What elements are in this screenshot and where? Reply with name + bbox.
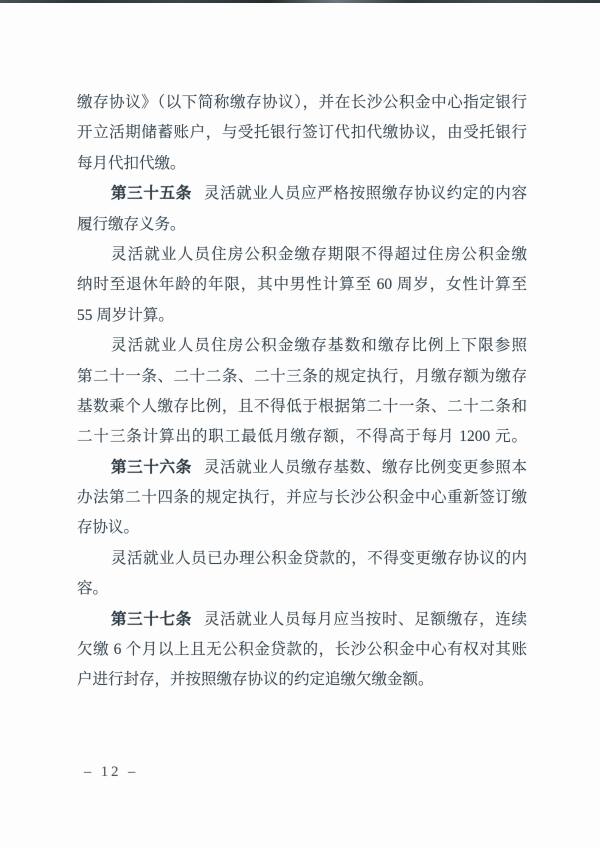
text-line: 基数乘个人缴存比例，且不得低于根据第二十一条、二十二条和	[77, 392, 527, 422]
document-body: 缴存协议》（以下简称缴存协议），并在长沙公积金中心指定银行开立活期储蓄账户，与受…	[77, 88, 527, 696]
line-text: 灵活就业人员应严格按照缴存协议约定的内容	[204, 185, 527, 202]
line-text: 户进行封存，并按照缴存协议的约定追缴欠缴金额。	[77, 671, 434, 688]
line-text: 容。	[77, 580, 108, 597]
scan-edge-artifact	[0, 0, 600, 3]
line-text: 履行缴存义务。	[77, 216, 186, 233]
line-text: 55 周岁计算。	[77, 307, 174, 324]
text-line: 纳时至退休年龄的年限，其中男性计算至 60 周岁，女性计算至	[77, 270, 527, 300]
text-line: 第二十一条、二十二条、二十三条的规定执行，月缴存额为缴存	[77, 362, 527, 392]
text-line: 办法第二十四条的规定执行，并应与长沙公积金中心重新签订缴	[77, 483, 527, 513]
line-text: 开立活期储蓄账户，与受托银行签订代扣代缴协议，由受托银行	[77, 124, 527, 141]
page-number: – 12 –	[84, 764, 138, 781]
line-text: 缴存协议》（以下简称缴存协议），并在长沙公积金中心指定银行	[77, 94, 527, 111]
text-line: 55 周岁计算。	[77, 301, 527, 331]
text-line: 履行缴存义务。	[77, 210, 527, 240]
article-number: 第三十五条	[111, 185, 192, 202]
text-line: 存协议。	[77, 513, 527, 543]
article-number: 第三十七条	[111, 611, 192, 628]
line-text: 灵活就业人员住房公积金缴存基数和缴存比例上下限参照	[111, 337, 527, 354]
text-line: 容。	[77, 574, 527, 604]
text-line: 户进行封存，并按照缴存协议的约定追缴欠缴金额。	[77, 665, 527, 695]
text-line: 灵活就业人员住房公积金缴存期限不得超过住房公积金缴	[77, 240, 527, 270]
line-text: 纳时至退休年龄的年限，其中男性计算至 60 周岁，女性计算至	[77, 276, 527, 293]
line-text: 第二十一条、二十二条、二十三条的规定执行，月缴存额为缴存	[77, 368, 527, 385]
line-text: 灵活就业人员每月应当按时、足额缴存，连续	[204, 611, 527, 628]
text-line: 每月代扣代缴。	[77, 149, 527, 179]
text-line: 二十三条计算出的职工最低月缴存额，不得高于每月 1200 元。	[77, 422, 527, 452]
line-text: 办法第二十四条的规定执行，并应与长沙公积金中心重新签订缴	[77, 489, 527, 506]
text-line: 灵活就业人员住房公积金缴存基数和缴存比例上下限参照	[77, 331, 527, 361]
text-line: 第三十六条灵活就业人员缴存基数、缴存比例变更参照本	[77, 453, 527, 483]
line-text: 二十三条计算出的职工最低月缴存额，不得高于每月 1200 元。	[77, 428, 527, 445]
article-number: 第三十六条	[111, 459, 192, 476]
line-text: 存协议。	[77, 519, 139, 536]
text-line: 第三十七条灵活就业人员每月应当按时、足额缴存，连续	[77, 605, 527, 635]
line-text: 灵活就业人员缴存基数、缴存比例变更参照本	[204, 459, 527, 476]
text-line: 缴存协议》（以下简称缴存协议），并在长沙公积金中心指定银行	[77, 88, 527, 118]
text-line: 灵活就业人员已办理公积金贷款的，不得变更缴存协议的内	[77, 544, 527, 574]
line-text: 灵活就业人员住房公积金缴存期限不得超过住房公积金缴	[111, 246, 527, 263]
line-text: 欠缴 6 个月以上且无公积金贷款的，长沙公积金中心有权对其账	[77, 641, 527, 658]
text-line: 第三十五条灵活就业人员应严格按照缴存协议约定的内容	[77, 179, 527, 209]
text-line: 开立活期储蓄账户，与受托银行签订代扣代缴协议，由受托银行	[77, 118, 527, 148]
line-text: 灵活就业人员已办理公积金贷款的，不得变更缴存协议的内	[111, 550, 527, 567]
line-text: 基数乘个人缴存比例，且不得低于根据第二十一条、二十二条和	[77, 398, 527, 415]
document-page: 缴存协议》（以下简称缴存协议），并在长沙公积金中心指定银行开立活期储蓄账户，与受…	[0, 0, 600, 848]
text-line: 欠缴 6 个月以上且无公积金贷款的，长沙公积金中心有权对其账	[77, 635, 527, 665]
line-text: 每月代扣代缴。	[77, 155, 186, 172]
